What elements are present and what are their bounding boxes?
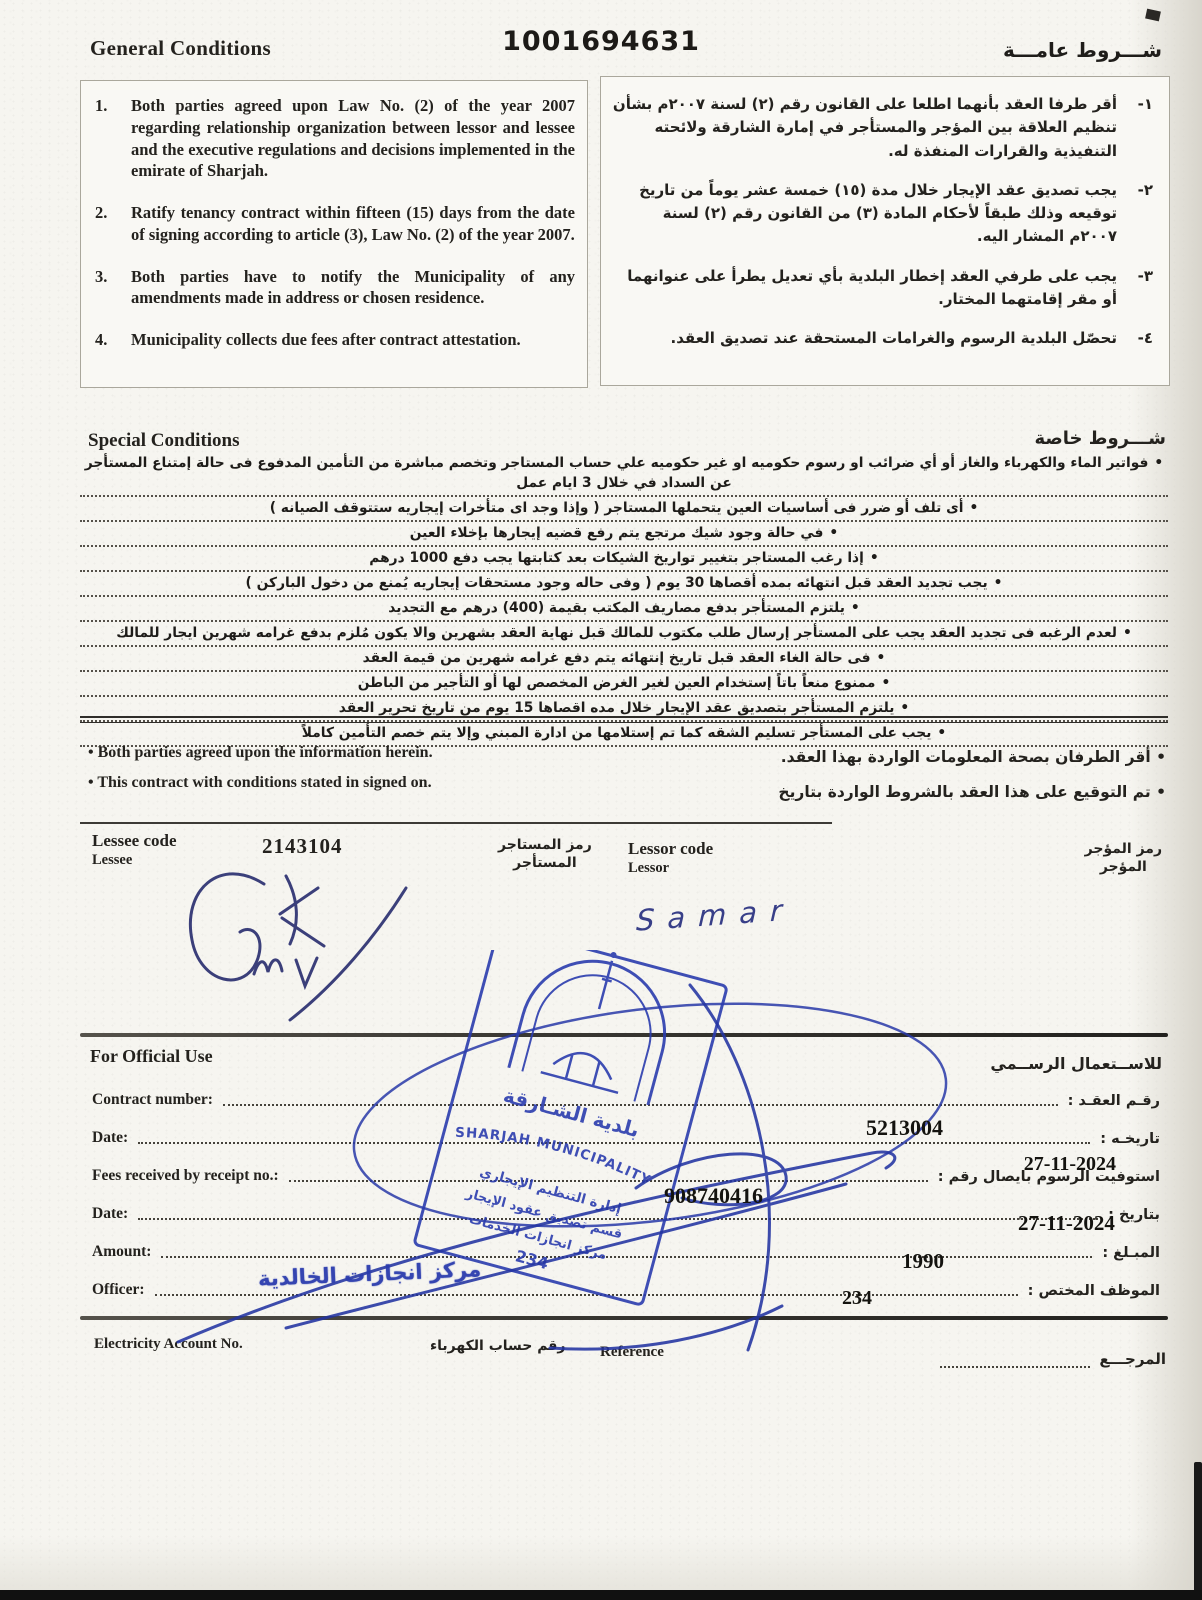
scan-corner-mark xyxy=(1145,9,1161,22)
dotted-leader xyxy=(138,1138,1090,1144)
bullet: • xyxy=(969,500,978,516)
condition-text: Both parties agreed upon Law No. (2) of … xyxy=(131,95,575,182)
field-label-en: Amount: xyxy=(92,1243,151,1261)
lessee-code-ar-line2: المستأجر xyxy=(498,854,592,872)
condition-item-ar: ٢-يجب تصديق عقد الإيجار خلال مدة (١٥) خم… xyxy=(611,179,1153,249)
lessee-code-label: Lessee code Lessee xyxy=(92,832,177,868)
special-condition-item: •فى حالة الغاء العقد قبل تاريخ إنتهائه ي… xyxy=(80,647,1168,672)
lessor-code-ar-line1: رمز المؤجر xyxy=(1085,840,1162,858)
field-label-en: Fees received by receipt no.: xyxy=(92,1167,279,1185)
scan-artifact-bottom xyxy=(0,1590,1202,1600)
lessee-code-label-line1: Lessee code xyxy=(92,832,177,850)
agreement-note: • Both parties agreed upon the informati… xyxy=(88,738,433,768)
agreement-note: • This contract with conditions stated i… xyxy=(88,768,433,798)
condition-item-en: 4.Municipality collects due fees after c… xyxy=(95,329,575,351)
bullet: • xyxy=(877,650,886,666)
reference-label-ar: المرجـــع xyxy=(1099,1350,1166,1368)
special-condition-text: لعدم الرغبه فى تجديد العقد يجب على المست… xyxy=(116,625,1117,641)
bullet: • xyxy=(900,700,909,716)
lessee-code-label-ar: رمز المستاجر المستأجر xyxy=(498,836,592,872)
condition-item-ar: ٤-تحصّل البلدية الرسوم والغرامات المستحق… xyxy=(611,327,1153,350)
special-condition-item: •ممنوع منعاً باتاً إستخدام العين لغير ال… xyxy=(80,672,1168,697)
reference-dotted-line xyxy=(940,1366,1090,1368)
condition-text: تحصّل البلدية الرسوم والغرامات المستحقة … xyxy=(671,327,1117,350)
special-condition-text: فواتير الماء والكهرباء والغاز أو أي ضرائ… xyxy=(85,455,1149,491)
bullet: • xyxy=(870,550,879,566)
contract-number-value: 5213004 xyxy=(866,1115,943,1141)
general-conditions-list-ar: ١-أقر طرفا العقد بأنهما اطلعا على القانو… xyxy=(601,77,1169,350)
special-condition-text: يلتزم المستأجر بدفع مصاريف المكتب بقيمة … xyxy=(388,600,845,616)
receipt-date-value: 27-11-2024 xyxy=(1018,1211,1115,1236)
condition-number: 3. xyxy=(95,266,117,310)
condition-number: 2. xyxy=(95,202,117,246)
bullet: • xyxy=(937,725,946,741)
bullet: • xyxy=(994,575,1003,591)
special-condition-text: يجب تجديد العقد قبل انتهائه بمده أقصاها … xyxy=(246,575,988,591)
agreement-notes-ar: • أقر الطرفان بصحة المعلومات الواردة بهذ… xyxy=(778,740,1166,810)
dotted-leader xyxy=(289,1176,928,1182)
field-row-receipt-no: Fees received by receipt no.: استوفيت ال… xyxy=(92,1159,1160,1185)
bullet: • xyxy=(1154,455,1163,471)
special-condition-item: •يلتزم المستأجر بدفع مصاريف المكتب بقيمة… xyxy=(80,597,1168,622)
special-condition-item: •إذا رغب المستاجر بتغيير تواريخ الشيكات … xyxy=(80,547,1168,572)
general-conditions-title-ar: شـــروط عامـــة xyxy=(1003,38,1162,62)
condition-text: Both parties have to notify the Municipa… xyxy=(131,266,575,310)
lessor-code-label-line2: Lessor xyxy=(628,860,669,876)
condition-text: Municipality collects due fees after con… xyxy=(131,329,521,351)
condition-number: ٤- xyxy=(1127,327,1153,350)
condition-item-en: 2.Ratify tenancy contract within fifteen… xyxy=(95,202,575,246)
lessee-code-label-line2: Lessee xyxy=(92,852,132,868)
condition-text: أقر طرفا العقد بأنهما اطلعا على القانون … xyxy=(611,93,1117,163)
field-label-ar: بتاريخ : xyxy=(1108,1207,1160,1223)
special-conditions-title-ar: شـــروط خاصة xyxy=(1034,428,1166,449)
dotted-leader xyxy=(161,1252,1092,1258)
condition-item-ar: ٣-يجب على طرفي العقد إخطار البلدية بأي ت… xyxy=(611,265,1153,312)
lessor-code-label-ar: رمز المؤجر المؤجر xyxy=(1085,840,1162,876)
special-condition-text: في حالة وجود شيك مرتجع يتم رفع قضيه إيجا… xyxy=(410,525,824,541)
special-condition-item: •يجب تجديد العقد قبل انتهائه بمده أقصاها… xyxy=(80,572,1168,597)
special-conditions-list: •فواتير الماء والكهرباء والغاز أو أي ضرا… xyxy=(80,452,1168,747)
condition-item-ar: ١-أقر طرفا العقد بأنهما اطلعا على القانو… xyxy=(611,93,1153,163)
special-condition-item: •أى تلف أو ضرر فى أساسيات العين يتحملها … xyxy=(80,497,1168,522)
condition-item-en: 1.Both parties agreed upon Law No. (2) o… xyxy=(95,95,575,182)
condition-number: 4. xyxy=(95,329,117,351)
field-row-date1: Date: تاريخـه : xyxy=(92,1121,1160,1147)
dotted-leader xyxy=(155,1290,1018,1296)
attestation-date-value: 27-11-2024 xyxy=(1024,1153,1116,1176)
lessee-signature xyxy=(168,862,434,1026)
bullet: • xyxy=(829,525,838,541)
amount-value: 1990 xyxy=(902,1249,944,1274)
field-label-en: Date: xyxy=(92,1205,128,1223)
reference-label-en: Reference xyxy=(600,1344,664,1361)
lessor-signature: Samar xyxy=(636,892,796,937)
general-conditions-box-ar: ١-أقر طرفا العقد بأنهما اطلعا على القانو… xyxy=(600,76,1170,386)
lessor-code-label-line1: Lessor code xyxy=(628,840,713,858)
scanned-contract-page: General Conditions 1001694631 شـــروط عا… xyxy=(0,0,1202,1600)
lessor-code-ar-line2: المؤجر xyxy=(1085,858,1162,876)
general-conditions-list-en: 1.Both parties agreed upon Law No. (2) o… xyxy=(81,81,587,351)
field-row-contract-number: Contract number: رقـم العقـد : xyxy=(92,1083,1160,1109)
lessee-code-value: 2143104 xyxy=(262,834,343,859)
lessor-code-label: Lessor code Lessor xyxy=(628,840,713,876)
field-row-amount: Amount: المبـلغ : xyxy=(92,1235,1160,1261)
field-label-en: Officer: xyxy=(92,1281,145,1299)
field-label-ar: المبـلغ : xyxy=(1102,1245,1160,1261)
agreement-note: • أقر الطرفان بصحة المعلومات الواردة بهذ… xyxy=(778,740,1166,775)
field-label-ar: تاريخـه : xyxy=(1100,1131,1160,1147)
scan-artifact-right xyxy=(1194,1462,1202,1600)
condition-item-en: 3.Both parties have to notify the Munici… xyxy=(95,266,575,310)
condition-text: Ratify tenancy contract within fifteen (… xyxy=(131,202,575,246)
agreement-notes-en: • Both parties agreed upon the informati… xyxy=(88,738,433,799)
condition-number: 1. xyxy=(95,95,117,182)
double-rule-divider xyxy=(80,716,1168,723)
official-use-section: Contract number: رقـم العقـد : Date: تار… xyxy=(80,1035,1168,1395)
receipt-number-value: 908740416 xyxy=(664,1183,763,1209)
special-condition-text: فى حالة الغاء العقد قبل تاريخ إنتهائه يت… xyxy=(363,650,871,666)
general-conditions-box-en: 1.Both parties agreed upon Law No. (2) o… xyxy=(80,80,588,388)
special-condition-text: يلتزم المستأجر بتصديق عقد الإيجار خلال م… xyxy=(339,700,895,716)
electricity-account-label-en: Electricity Account No. xyxy=(94,1336,243,1353)
special-condition-item: •في حالة وجود شيك مرتجع يتم رفع قضيه إيج… xyxy=(80,522,1168,547)
bullet: • xyxy=(881,675,890,691)
bullet: • xyxy=(1123,625,1132,641)
condition-text: يجب على طرفي العقد إخطار البلدية بأي تعد… xyxy=(611,265,1117,312)
bullet: • xyxy=(851,600,860,616)
field-row-officer: Officer: الموظف المختص : xyxy=(92,1273,1160,1299)
field-label-ar: رقـم العقـد : xyxy=(1068,1093,1160,1109)
rule-official-bottom xyxy=(80,1316,1168,1320)
field-label-en: Contract number: xyxy=(92,1091,213,1109)
field-row-date2: Date: بتاريخ : xyxy=(92,1197,1160,1223)
condition-number: ٢- xyxy=(1127,179,1153,249)
condition-text: يجب تصديق عقد الإيجار خلال مدة (١٥) خمسة… xyxy=(611,179,1117,249)
field-label-ar: الموظف المختص : xyxy=(1028,1283,1160,1299)
special-condition-item: •لعدم الرغبه فى تجديد العقد يجب على المس… xyxy=(80,622,1168,647)
dotted-leader xyxy=(223,1100,1058,1106)
agreement-note: • تم التوقيع على هذا العقد بالشروط الوار… xyxy=(778,775,1166,810)
electricity-account-label-ar: رقم حساب الكهرباء xyxy=(430,1338,565,1354)
condition-number: ٣- xyxy=(1127,265,1153,312)
field-label-en: Date: xyxy=(92,1129,128,1147)
dotted-leader xyxy=(138,1214,1098,1220)
lessee-code-ar-line1: رمز المستاجر xyxy=(498,836,592,854)
special-conditions-title-en: Special Conditions xyxy=(88,430,240,452)
condition-number: ١- xyxy=(1127,93,1153,163)
rule-above-codes xyxy=(80,822,832,824)
special-condition-text: ممنوع منعاً باتاً إستخدام العين لغير الغ… xyxy=(358,675,876,691)
special-condition-text: إذا رغب المستاجر بتغيير تواريخ الشيكات ب… xyxy=(369,550,864,566)
special-condition-item: •فواتير الماء والكهرباء والغاز أو أي ضرا… xyxy=(80,452,1168,497)
special-condition-text: أى تلف أو ضرر فى أساسيات العين يتحملها ا… xyxy=(270,500,964,516)
officer-value: 234 xyxy=(842,1287,872,1310)
